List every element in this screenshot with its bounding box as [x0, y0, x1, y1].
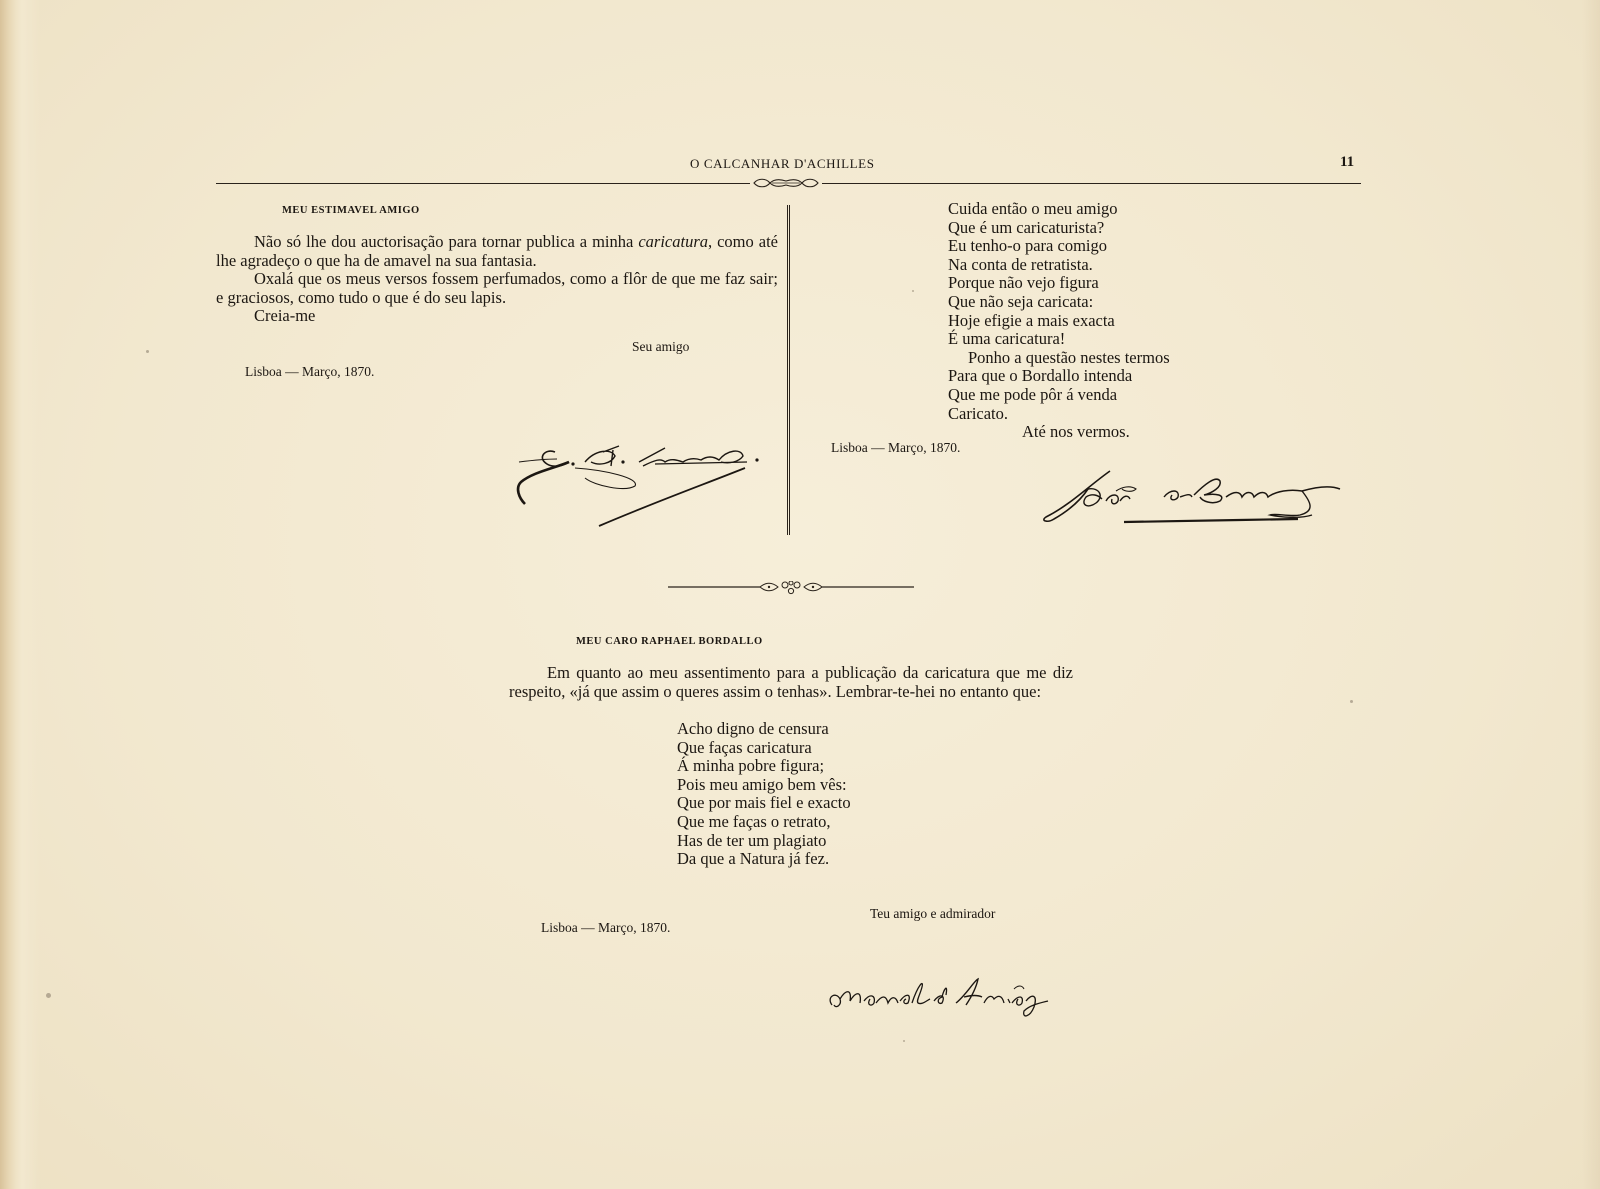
verse-line: Para que o Bordallo intenda [948, 367, 1170, 386]
column-divider [787, 205, 790, 535]
verse-line: Na conta de retratista. [948, 256, 1170, 275]
letter-1-paragraph-2: Oxalá que os meus versos fossem perfumad… [216, 270, 778, 307]
section-ornament-icon [668, 581, 914, 595]
letter-2-signature-icon [1040, 465, 1360, 545]
letter-3-paragraph: Em quanto ao meu assentimento para a pub… [509, 664, 1073, 701]
verse-line: Que me pode pôr á venda [948, 386, 1170, 405]
letter-3-signature-icon [826, 975, 1076, 1030]
letter-1-paragraph-1-text: Não só lhe dou auctorisação para tornar … [254, 232, 638, 251]
verse-line: Que não seja caricata: [948, 293, 1170, 312]
letter-1-signature-icon [515, 440, 775, 545]
letter-2-closing: Até nos vermos. [1022, 423, 1130, 442]
letter-3-salutation: MEU CARO RAPHAEL BORDALLO [576, 636, 763, 647]
letter-1-paragraph-1: Não só lhe dou auctorisação para tornar … [216, 233, 778, 270]
paper-speck [912, 290, 914, 292]
paper-speck [46, 993, 51, 998]
paper-speck [903, 1040, 905, 1042]
paper-speck [1350, 700, 1353, 703]
verse-line: Da que a Natura já fez. [677, 850, 851, 869]
paper-speck [146, 350, 149, 353]
letter-1-date: Lisboa — Março, 1870. [245, 364, 374, 380]
letter-3-verse: Acho digno de censura Que faças caricatu… [677, 720, 851, 869]
letter-1-closing: Seu amigo [632, 339, 689, 355]
letter-3-body: Em quanto ao meu assentimento para a pub… [509, 664, 1073, 701]
verse-line: Que me faças o retrato, [677, 813, 851, 832]
verse-line: É uma caricatura! [948, 330, 1170, 349]
verse-line: Que é um caricaturista? [948, 219, 1170, 238]
verse-line: Que por mais fiel e exacto [677, 794, 851, 813]
verse-line: Á minha pobre figura; [677, 757, 851, 776]
letter-3-date: Lisboa — Março, 1870. [541, 920, 670, 936]
letter-3-closing: Teu amigo e admirador [870, 906, 995, 922]
header-ornament-icon [750, 176, 822, 190]
letter-1-body: Não só lhe dou auctorisação para tornar … [216, 233, 778, 326]
verse-line: Caricato. [948, 405, 1170, 424]
verse-line: Que faças caricatura [677, 739, 851, 758]
verse-line: Pois meu amigo bem vês: [677, 776, 851, 795]
running-title: O CALCANHAR D'ACHILLES [690, 156, 875, 172]
letter-2-date: Lisboa — Março, 1870. [831, 440, 960, 456]
verse-line: Porque não vejo figura [948, 274, 1170, 293]
letter-1-salutation: MEU ESTIMAVEL AMIGO [282, 205, 420, 216]
verse-line: Has de ter um plagiato [677, 832, 851, 851]
verse-line: Hoje efigie a mais exacta [948, 312, 1170, 331]
verse-line: Acho digno de censura [677, 720, 851, 739]
letter-1-paragraph-3: Creia-me [216, 307, 778, 326]
page-number: 11 [1340, 154, 1354, 171]
letter-2-verse: Cuida então o meu amigo Que é um caricat… [948, 200, 1170, 423]
verse-line: Eu tenho-o para comigo [948, 237, 1170, 256]
verse-line: Ponho a questão nestes termos [948, 349, 1170, 368]
letter-1-italic-word: caricatura [638, 232, 708, 251]
verse-line: Cuida então o meu amigo [948, 200, 1170, 219]
